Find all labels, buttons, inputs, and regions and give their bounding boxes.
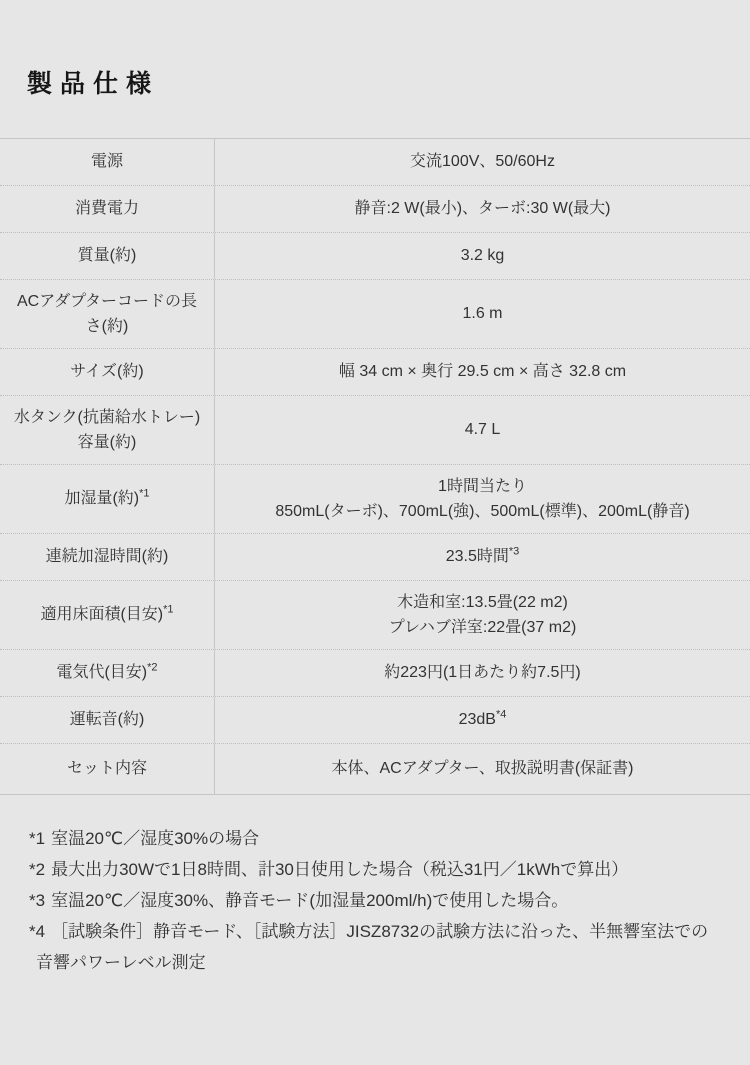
spec-value: 木造和室:13.5畳(22 m2) プレハブ洋室:22畳(37 m2) — [215, 581, 750, 649]
spec-value-line: 木造和室:13.5畳(22 m2) — [231, 590, 734, 615]
spec-row: 電源 交流100V、50/60Hz — [0, 139, 750, 186]
spec-value-line: 850mL(ターボ)、700mL(強)、500mL(標準)、200mL(静音) — [231, 499, 734, 524]
spec-label-text: 電気代(目安) — [56, 664, 147, 681]
footnote-text: 室温20℃／湿度30%、静音モード(加湿量200ml/h)で使用した場合。 — [51, 891, 568, 910]
spec-row: 運転音(約) 23dB*4 — [0, 697, 750, 744]
spec-value: 23.5時間*3 — [215, 534, 750, 580]
spec-value-text: 幅 34 cm × 奥行 29.5 cm × 高さ 32.8 cm — [339, 363, 626, 380]
footnote-item: *4［試験条件］静音モード、［試験方法］JISZ8732の試験方法に沿った、半無… — [29, 916, 724, 978]
spec-row: サイズ(約) 幅 34 cm × 奥行 29.5 cm × 高さ 32.8 cm — [0, 349, 750, 396]
spec-value-text: 本体、ACアダプター、取扱説明書(保証書) — [331, 760, 633, 777]
spec-row: 質量(約) 3.2 kg — [0, 233, 750, 280]
footnote-marker: *3 — [29, 891, 45, 910]
spec-label-text: 運転音(約) — [70, 711, 145, 728]
spec-value: 23dB*4 — [215, 697, 750, 743]
spec-row: 加湿量(約)*1 1時間当たり 850mL(ターボ)、700mL(強)、500m… — [0, 465, 750, 534]
footnote-text: ［試験条件］静音モード、［試験方法］JISZ8732の試験方法に沿った、半無響室… — [36, 922, 708, 972]
spec-value-text: 23.5時間 — [446, 548, 509, 565]
spec-value: 交流100V、50/60Hz — [215, 139, 750, 185]
spec-value: 3.2 kg — [215, 233, 750, 279]
spec-row: セット内容 本体、ACアダプター、取扱説明書(保証書) — [0, 744, 750, 794]
spec-value: 1時間当たり 850mL(ターボ)、700mL(強)、500mL(標準)、200… — [215, 465, 750, 533]
spec-label: 連続加湿時間(約) — [0, 534, 215, 580]
footnote-ref: *3 — [509, 546, 519, 558]
footnote-ref: *1 — [163, 604, 173, 616]
spec-value: 約223円(1日あたり約7.5円) — [215, 650, 750, 696]
spec-value-text: 3.2 kg — [461, 247, 505, 264]
spec-table: 電源 交流100V、50/60Hz 消費電力 静音:2 W(最小)、ターボ:30… — [0, 138, 750, 795]
spec-value: 1.6 m — [215, 280, 750, 348]
footnote-marker: *1 — [29, 829, 45, 848]
spec-value-line: プレハブ洋室:22畳(37 m2) — [231, 615, 734, 640]
spec-label: セット内容 — [0, 744, 215, 794]
spec-value: 静音:2 W(最小)、ターボ:30 W(最大) — [215, 186, 750, 232]
spec-label: 電源 — [0, 139, 215, 185]
footnote-text: 最大出力30Wで1日8時間、計30日使用した場合（税込31円／1kWhで算出） — [51, 860, 628, 879]
spec-value-text: 約223円(1日あたり約7.5円) — [384, 664, 581, 681]
spec-label: 運転音(約) — [0, 697, 215, 743]
spec-label-text: セット内容 — [67, 760, 147, 777]
spec-value: 幅 34 cm × 奥行 29.5 cm × 高さ 32.8 cm — [215, 349, 750, 395]
footnote-ref: *2 — [147, 662, 157, 674]
spec-value-text: 静音:2 W(最小)、ターボ:30 W(最大) — [355, 200, 611, 217]
footnote-item: *2最大出力30Wで1日8時間、計30日使用した場合（税込31円／1kWhで算出… — [29, 854, 724, 885]
spec-label: 水タンク(抗菌給水トレー)容量(約) — [0, 396, 215, 464]
spec-value-text: 1.6 m — [462, 305, 502, 322]
spec-row: 消費電力 静音:2 W(最小)、ターボ:30 W(最大) — [0, 186, 750, 233]
spec-label: ACアダプターコードの長さ(約) — [0, 280, 215, 348]
spec-label: 電気代(目安)*2 — [0, 650, 215, 696]
footnote-marker: *4 — [29, 922, 45, 941]
spec-label: 適用床面積(目安)*1 — [0, 581, 215, 649]
spec-label-text: 水タンク(抗菌給水トレー)容量(約) — [14, 409, 200, 451]
spec-label-text: 質量(約) — [78, 247, 137, 264]
footnote-text: 室温20℃／湿度30%の場合 — [51, 829, 259, 848]
spec-label-text: ACアダプターコードの長さ(約) — [17, 293, 197, 335]
spec-row: ACアダプターコードの長さ(約) 1.6 m — [0, 280, 750, 349]
spec-label-text: 電源 — [91, 153, 123, 170]
footnote-marker: *2 — [29, 860, 45, 879]
spec-value: 4.7 L — [215, 396, 750, 464]
spec-value: 本体、ACアダプター、取扱説明書(保証書) — [215, 744, 750, 794]
spec-label: 加湿量(約)*1 — [0, 465, 215, 533]
spec-label: 消費電力 — [0, 186, 215, 232]
spec-row: 適用床面積(目安)*1 木造和室:13.5畳(22 m2) プレハブ洋室:22畳… — [0, 581, 750, 650]
spec-row: 連続加湿時間(約) 23.5時間*3 — [0, 534, 750, 581]
spec-label-text: 加湿量(約) — [64, 490, 139, 507]
spec-row: 電気代(目安)*2 約223円(1日あたり約7.5円) — [0, 650, 750, 697]
spec-value-text: 交流100V、50/60Hz — [410, 153, 555, 170]
spec-value-text: 4.7 L — [465, 421, 501, 438]
spec-row: 水タンク(抗菌給水トレー)容量(約) 4.7 L — [0, 396, 750, 465]
page-title: 製品仕様 — [0, 0, 750, 101]
footnotes: *1室温20℃／湿度30%の場合 *2最大出力30Wで1日8時間、計30日使用し… — [29, 823, 724, 978]
footnote-ref: *1 — [139, 488, 149, 500]
spec-label-text: サイズ(約) — [70, 363, 143, 380]
page: { "page": { "title": "製品仕様" }, "colors":… — [0, 0, 750, 1065]
footnote-ref: *4 — [496, 709, 506, 721]
spec-value-line: 1時間当たり — [231, 474, 734, 499]
spec-label-text: 連続加湿時間(約) — [46, 548, 169, 565]
footnote-item: *3室温20℃／湿度30%、静音モード(加湿量200ml/h)で使用した場合。 — [29, 885, 724, 916]
spec-label-text: 消費電力 — [75, 200, 139, 217]
spec-label: サイズ(約) — [0, 349, 215, 395]
footnote-item: *1室温20℃／湿度30%の場合 — [29, 823, 724, 854]
spec-label-text: 適用床面積(目安) — [40, 606, 163, 623]
spec-label: 質量(約) — [0, 233, 215, 279]
spec-value-text: 23dB — [459, 711, 496, 728]
